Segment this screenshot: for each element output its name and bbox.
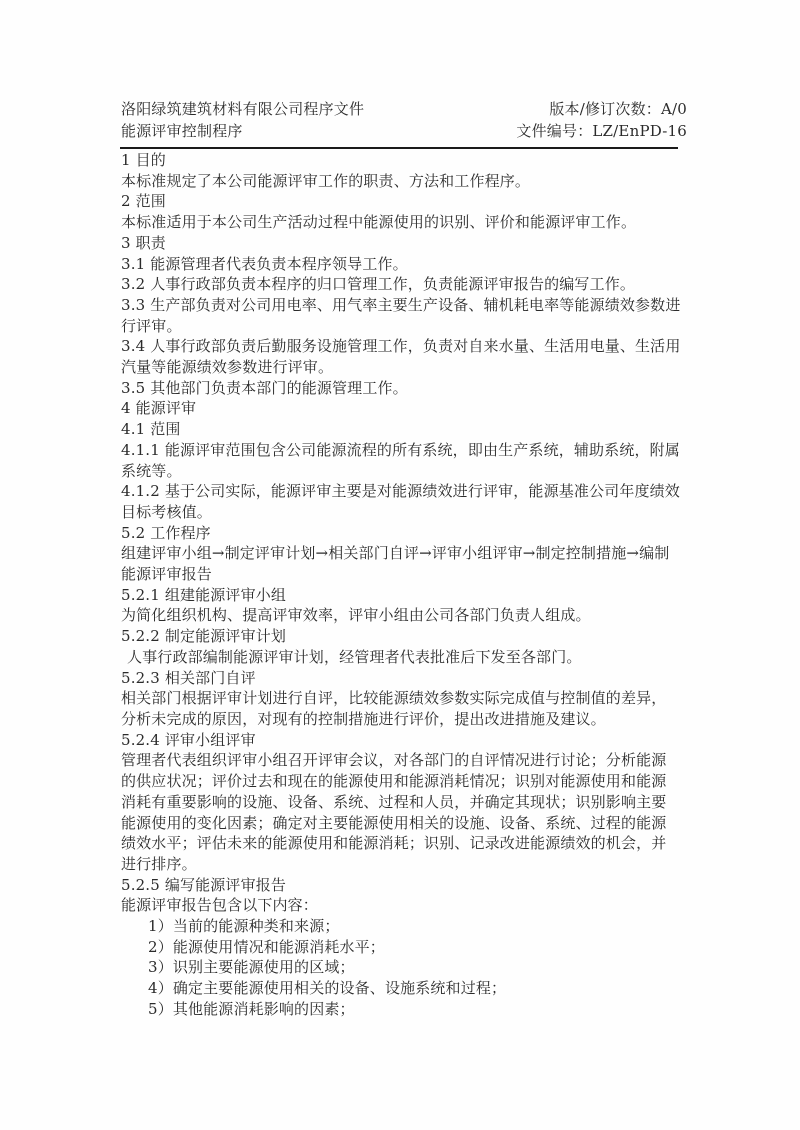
paragraph: 4.1.2 基于公司实际，能源评审主要是对能源绩效进行评审，能源基准公司年度绩效… [121, 481, 681, 522]
list-item: 1）当前的能源种类和来源； [121, 916, 681, 937]
document-body: 1 目的 本标准规定了本公司能源评审工作的职责、方法和工作程序。 2 范围 本标… [121, 150, 681, 1020]
section-heading: 2 范围 [121, 191, 681, 212]
paragraph: 能源评审报告包含以下内容： [121, 895, 681, 916]
subsection-heading: 5.2 工作程序 [121, 523, 681, 544]
paragraph: 相关部门根据评审计划进行自评，比较能源绩效参数实际完成值与控制值的差异，分析未完… [121, 688, 681, 729]
header-divider [120, 147, 678, 149]
paragraph: 3.5 其他部门负责本部门的能源管理工作。 [121, 378, 681, 399]
subsection-heading: 5.2.1 组建能源评审小组 [121, 585, 681, 606]
version-label: 版本/修订次数：A/0 [549, 99, 687, 119]
paragraph: 本标准适用于本公司生产活动过程中能源使用的识别、评价和能源评审工作。 [121, 212, 681, 233]
subsection-heading: 5.2.4 评审小组评审 [121, 730, 681, 751]
paragraph: 3.1 能源管理者代表负责本程序领导工作。 [121, 254, 681, 275]
section-heading: 1 目的 [121, 150, 681, 171]
document-number: 文件编号：LZ/EnPD-16 [516, 121, 687, 141]
subsection-heading: 5.2.5 编写能源评审报告 [121, 875, 681, 896]
list-item: 4）确定主要能源使用相关的设备、设施系统和过程； [121, 978, 681, 999]
header-row-2: 能源评审控制程序 文件编号：LZ/EnPD-16 [121, 121, 687, 141]
document-title: 能源评审控制程序 [121, 121, 243, 141]
paragraph: 3.2 人事行政部负责本程序的归口管理工作，负责能源评审报告的编写工作。 [121, 274, 681, 295]
subsection-heading: 4.1 范围 [121, 419, 681, 440]
paragraph: 3.3 生产部负责对公司用电率、用气率主要生产设备、辅机耗电率等能源绩效参数进行… [121, 295, 681, 336]
paragraph: 4.1.1 能源评审范围包含公司能源流程的所有系统，即由生产系统，辅助系统，附属… [121, 440, 681, 481]
section-heading: 3 职责 [121, 233, 681, 254]
paragraph: 人事行政部编制能源评审计划，经管理者代表批准后下发至各部门。 [121, 647, 681, 668]
list-item: 3）识别主要能源使用的区域； [121, 957, 681, 978]
paragraph: 管理者代表组织评审小组召开评审会议，对各部门的自评情况进行讨论；分析能源的供应状… [121, 750, 681, 874]
company-document-label: 洛阳绿筑建筑材料有限公司程序文件 [121, 99, 364, 119]
header-row-1: 洛阳绿筑建筑材料有限公司程序文件 版本/修订次数：A/0 [121, 99, 687, 119]
workflow-paragraph: 组建评审小组→制定评审计划→相关部门自评→评审小组评审→制定控制措施→编制能源评… [121, 543, 681, 584]
list-item: 2）能源使用情况和能源消耗水平； [121, 937, 681, 958]
subsection-heading: 5.2.2 制定能源评审计划 [121, 626, 681, 647]
list-item: 5）其他能源消耗影响的因素； [121, 999, 681, 1020]
subsection-heading: 5.2.3 相关部门自评 [121, 668, 681, 689]
paragraph: 为简化组织机构、提高评审效率，评审小组由公司各部门负责人组成。 [121, 605, 681, 626]
paragraph: 3.4 人事行政部负责后勤服务设施管理工作，负责对自来水量、生活用电量、生活用汽… [121, 336, 681, 377]
section-heading: 4 能源评审 [121, 398, 681, 419]
paragraph: 本标准规定了本公司能源评审工作的职责、方法和工作程序。 [121, 171, 681, 192]
document-page: 洛阳绿筑建筑材料有限公司程序文件 版本/修订次数：A/0 能源评审控制程序 文件… [0, 0, 800, 1130]
